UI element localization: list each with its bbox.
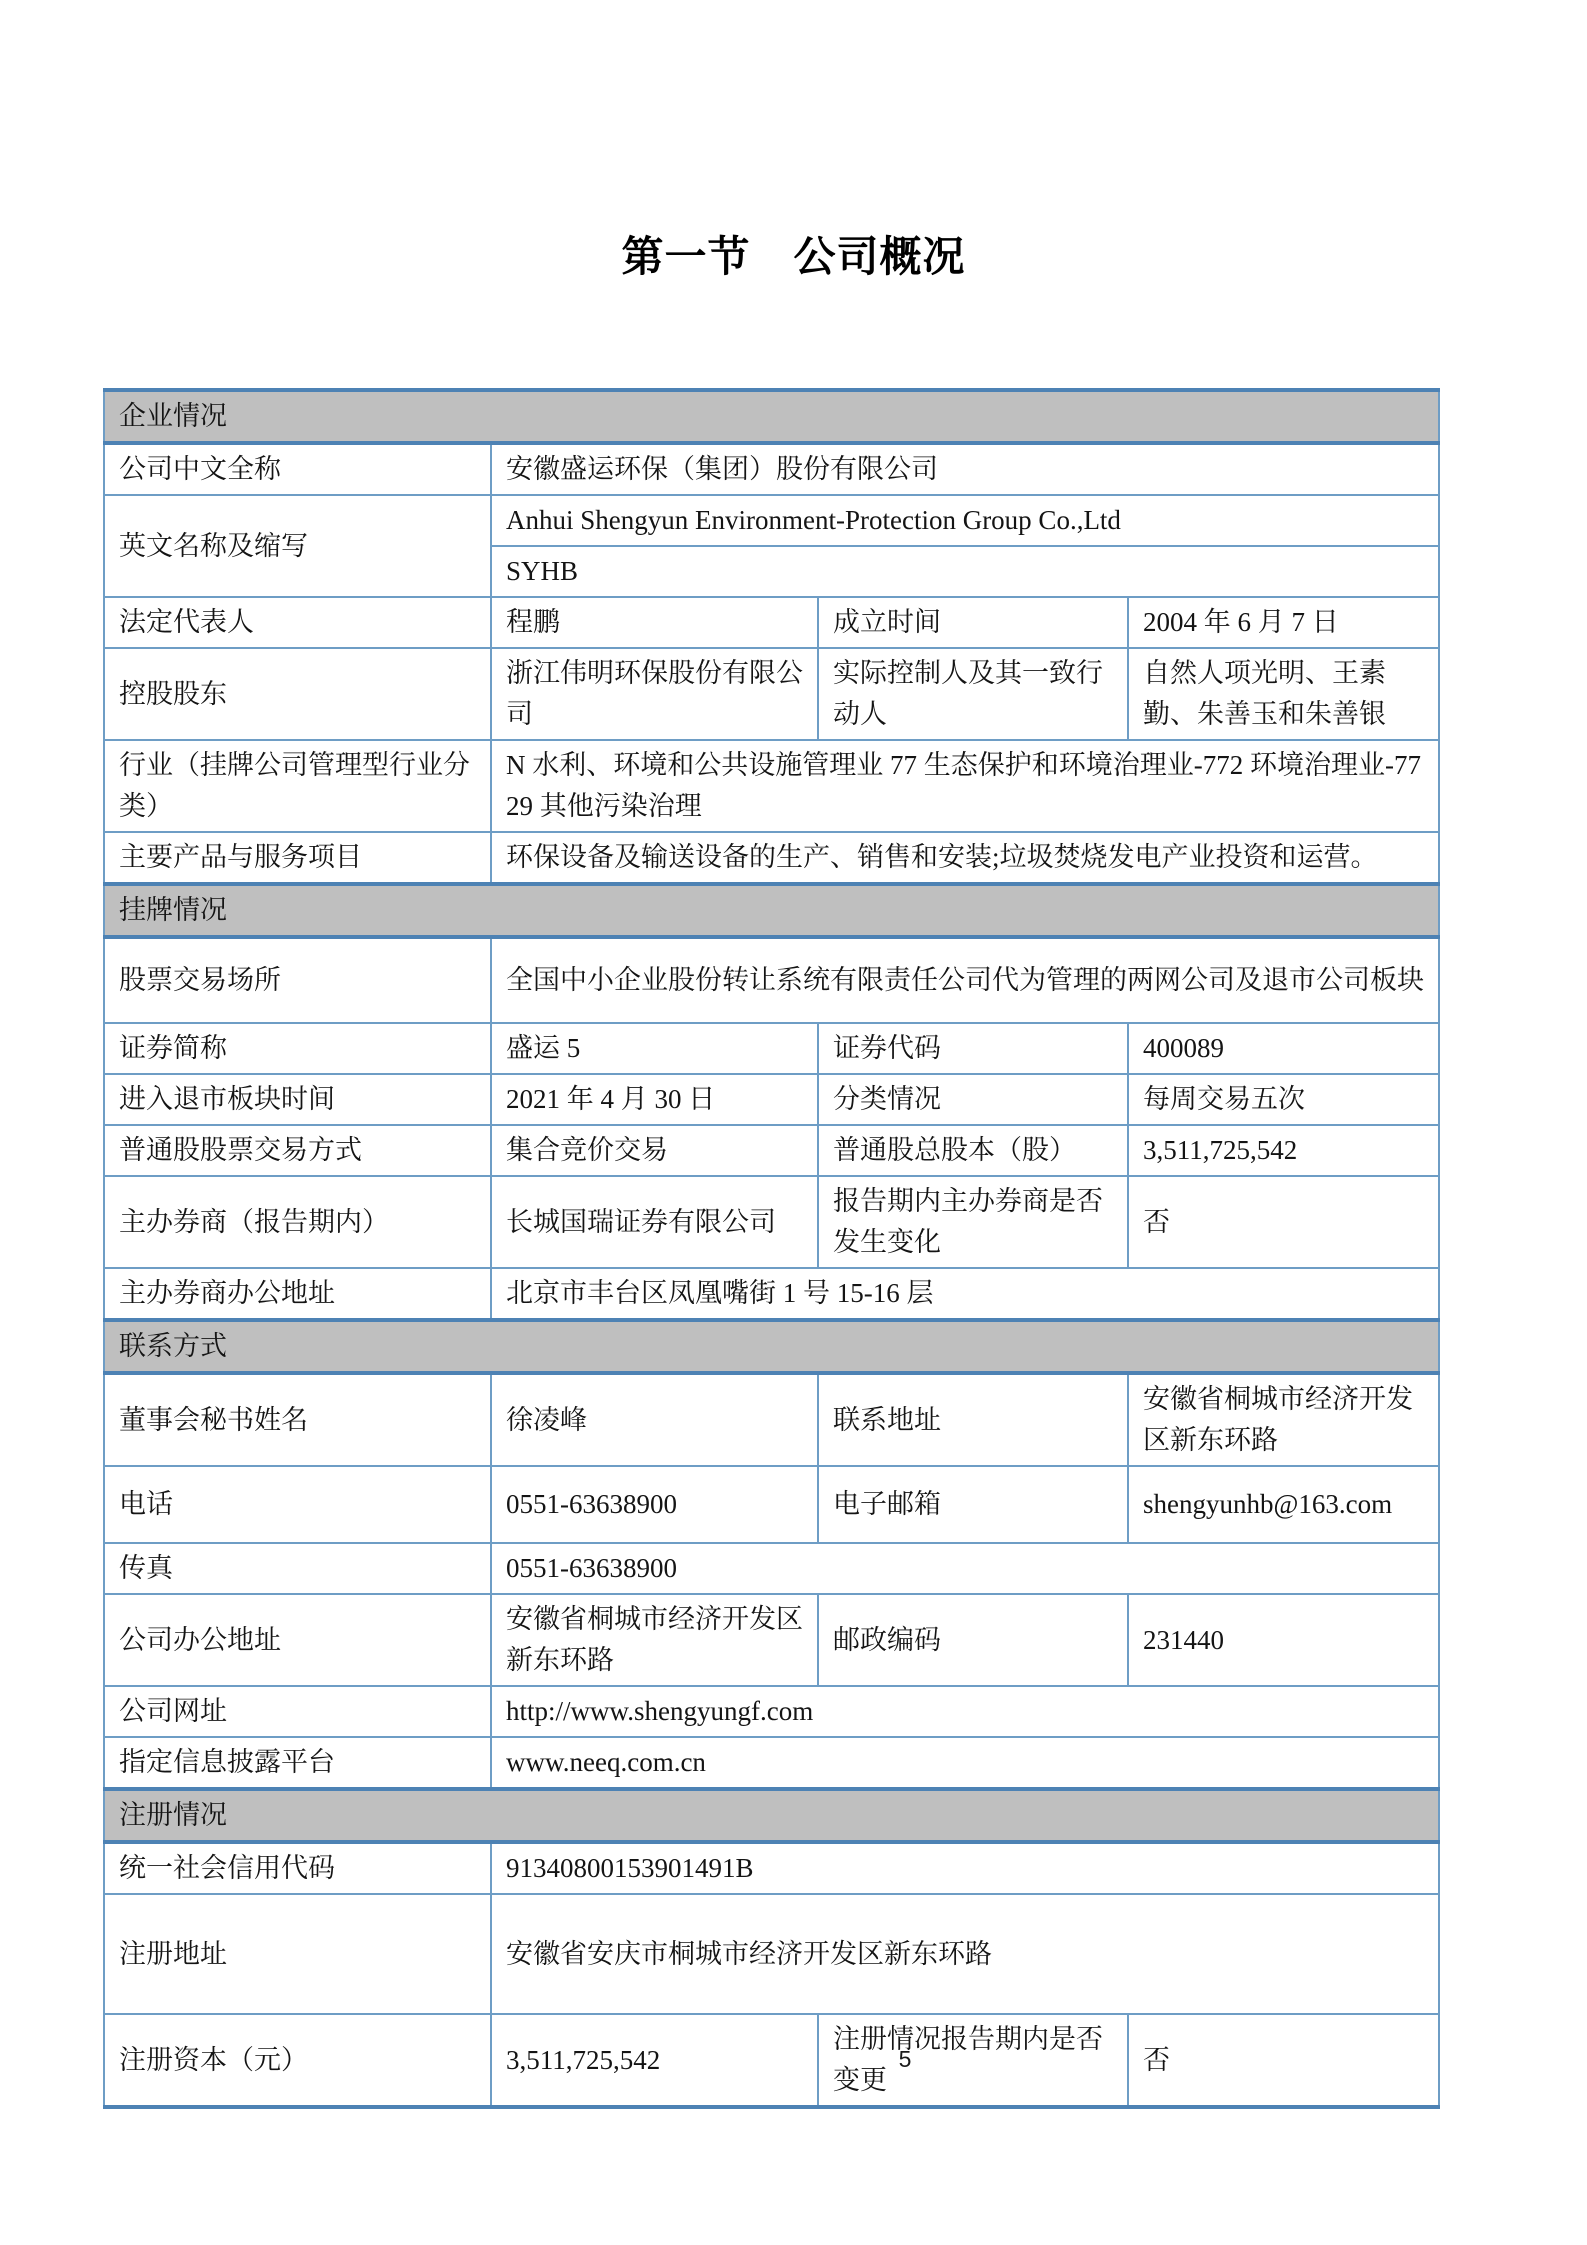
label-cell: 电话 <box>104 1466 491 1543</box>
value-cell: 全国中小企业股份转让系统有限责任公司代为管理的两网公司及退市公司板块 <box>491 937 1439 1023</box>
label-cell: 证券代码 <box>818 1023 1128 1074</box>
label-cell: 股票交易场所 <box>104 937 491 1023</box>
value-cell: 浙江伟明环保股份有限公司 <box>491 648 818 740</box>
label-cell: 证券简称 <box>104 1023 491 1074</box>
value-cell: shengyunhb@163.com <box>1128 1466 1439 1543</box>
row-legal-rep: 法定代表人 程鹏 成立时间 2004 年 6 月 7 日 <box>104 597 1439 648</box>
value-cell: 400089 <box>1128 1023 1439 1074</box>
value-cell: 集合竞价交易 <box>491 1125 818 1176</box>
label-cell: 控股股东 <box>104 648 491 740</box>
value-cell: 0551-63638900 <box>491 1466 818 1543</box>
value-cell: www.neeq.com.cn <box>491 1737 1439 1789</box>
label-cell: 普通股总股本（股） <box>818 1125 1128 1176</box>
label-cell: 主办券商（报告期内） <box>104 1176 491 1268</box>
section-header-contact-info: 联系方式 <box>104 1320 1439 1373</box>
row-sponsor-address: 主办券商办公地址 北京市丰台区凤凰嘴街 1 号 15-16 层 <box>104 1268 1439 1320</box>
label-cell: 公司网址 <box>104 1686 491 1737</box>
row-registered-address: 注册地址 安徽省安庆市桐城市经济开发区新东环路 <box>104 1894 1439 2014</box>
value-cell: 231440 <box>1128 1594 1439 1686</box>
value-cell: http://www.shengyungf.com <box>491 1686 1439 1737</box>
row-registered-capital: 注册资本（元） 3,511,725,542 注册情况报告期内是否变更 否 <box>104 2014 1439 2107</box>
label-cell: 邮政编码 <box>818 1594 1128 1686</box>
row-products: 主要产品与服务项目 环保设备及输送设备的生产、销售和安装;垃圾焚烧发电产业投资和… <box>104 832 1439 884</box>
page-title: 第一节 公司概况 <box>0 224 1587 284</box>
value-cell: 程鹏 <box>491 597 818 648</box>
row-disclosure-platform: 指定信息披露平台 www.neeq.com.cn <box>104 1737 1439 1789</box>
value-cell: 长城国瑞证券有限公司 <box>491 1176 818 1268</box>
value-cell: 北京市丰台区凤凰嘴街 1 号 15-16 层 <box>491 1268 1439 1320</box>
row-board-secretary: 董事会秘书姓名 徐凌峰 联系地址 安徽省桐城市经济开发区新东环路 <box>104 1373 1439 1466</box>
row-industry: 行业（挂牌公司管理型行业分类） N 水利、环境和公共设施管理业 77 生态保护和… <box>104 740 1439 832</box>
value-cell: 安徽盛运环保（集团）股份有限公司 <box>491 443 1439 495</box>
label-cell: 行业（挂牌公司管理型行业分类） <box>104 740 491 832</box>
value-cell: 徐凌峰 <box>491 1373 818 1466</box>
label-cell: 联系地址 <box>818 1373 1128 1466</box>
row-controlling-shareholder: 控股股东 浙江伟明环保股份有限公司 实际控制人及其一致行动人 自然人项光明、王素… <box>104 648 1439 740</box>
section-header-listing-info: 挂牌情况 <box>104 884 1439 937</box>
label-cell: 主办券商办公地址 <box>104 1268 491 1320</box>
value-cell: N 水利、环境和公共设施管理业 77 生态保护和环境治理业-772 环境治理业-… <box>491 740 1439 832</box>
value-cell: 安徽省桐城市经济开发区新东环路 <box>491 1594 818 1686</box>
value-cell: 否 <box>1128 1176 1439 1268</box>
label-cell: 普通股股票交易方式 <box>104 1125 491 1176</box>
section-row-company-info: 企业情况 <box>104 390 1439 443</box>
row-delisting-date: 进入退市板块时间 2021 年 4 月 30 日 分类情况 每周交易五次 <box>104 1074 1439 1125</box>
label-cell: 统一社会信用代码 <box>104 1842 491 1894</box>
label-cell: 公司中文全称 <box>104 443 491 495</box>
row-phone-email: 电话 0551-63638900 电子邮箱 shengyunhb@163.com <box>104 1466 1439 1543</box>
value-cell: 环保设备及输送设备的生产、销售和安装;垃圾焚烧发电产业投资和运营。 <box>491 832 1439 884</box>
document-page: 第一节 公司概况 企业情况 公司中文全称 安徽盛运环保（集团）股份有限公司 英文… <box>0 0 1587 2245</box>
row-en-name-full: 英文名称及缩写 Anhui Shengyun Environment-Prote… <box>104 495 1439 546</box>
value-cell: Anhui Shengyun Environment-Protection Gr… <box>491 495 1439 546</box>
section-row-contact-info: 联系方式 <box>104 1320 1439 1373</box>
label-cell: 报告期内主办券商是否发生变化 <box>818 1176 1128 1268</box>
section-header-registration-info: 注册情况 <box>104 1789 1439 1842</box>
label-cell: 英文名称及缩写 <box>104 495 491 597</box>
label-cell: 电子邮箱 <box>818 1466 1128 1543</box>
label-cell: 传真 <box>104 1543 491 1594</box>
label-cell: 法定代表人 <box>104 597 491 648</box>
label-cell: 注册资本（元） <box>104 2014 491 2107</box>
value-cell: 盛运 5 <box>491 1023 818 1074</box>
value-cell: SYHB <box>491 546 1439 597</box>
row-trading-method: 普通股股票交易方式 集合竞价交易 普通股总股本（股） 3,511,725,542 <box>104 1125 1439 1176</box>
row-credit-code: 统一社会信用代码 91340800153901491B <box>104 1842 1439 1894</box>
value-cell: 3,511,725,542 <box>491 2014 818 2107</box>
row-website: 公司网址 http://www.shengyungf.com <box>104 1686 1439 1737</box>
value-cell: 2021 年 4 月 30 日 <box>491 1074 818 1125</box>
row-stock-name-code: 证券简称 盛运 5 证券代码 400089 <box>104 1023 1439 1074</box>
label-cell: 注册地址 <box>104 1894 491 2014</box>
label-cell: 进入退市板块时间 <box>104 1074 491 1125</box>
section-row-registration-info: 注册情况 <box>104 1789 1439 1842</box>
label-cell: 董事会秘书姓名 <box>104 1373 491 1466</box>
page-number: 5 <box>845 2046 965 2073</box>
row-trading-venue: 股票交易场所 全国中小企业股份转让系统有限责任公司代为管理的两网公司及退市公司板… <box>104 937 1439 1023</box>
value-cell: 否 <box>1128 2014 1439 2107</box>
label-cell: 指定信息披露平台 <box>104 1737 491 1789</box>
value-cell: 每周交易五次 <box>1128 1074 1439 1125</box>
value-cell: 安徽省安庆市桐城市经济开发区新东环路 <box>491 1894 1439 2014</box>
section-header-company-info: 企业情况 <box>104 390 1439 443</box>
value-cell: 3,511,725,542 <box>1128 1125 1439 1176</box>
label-cell: 主要产品与服务项目 <box>104 832 491 884</box>
row-fax: 传真 0551-63638900 <box>104 1543 1439 1594</box>
row-sponsor: 主办券商（报告期内） 长城国瑞证券有限公司 报告期内主办券商是否发生变化 否 <box>104 1176 1439 1268</box>
section-row-listing-info: 挂牌情况 <box>104 884 1439 937</box>
row-cn-name: 公司中文全称 安徽盛运环保（集团）股份有限公司 <box>104 443 1439 495</box>
value-cell: 2004 年 6 月 7 日 <box>1128 597 1439 648</box>
label-cell: 分类情况 <box>818 1074 1128 1125</box>
value-cell: 0551-63638900 <box>491 1543 1439 1594</box>
value-cell: 自然人项光明、王素勤、朱善玉和朱善银 <box>1128 648 1439 740</box>
label-cell: 实际控制人及其一致行动人 <box>818 648 1128 740</box>
label-cell: 成立时间 <box>818 597 1128 648</box>
label-cell: 公司办公地址 <box>104 1594 491 1686</box>
value-cell: 91340800153901491B <box>491 1842 1439 1894</box>
row-office-address: 公司办公地址 安徽省桐城市经济开发区新东环路 邮政编码 231440 <box>104 1594 1439 1686</box>
company-overview-table: 企业情况 公司中文全称 安徽盛运环保（集团）股份有限公司 英文名称及缩写 Anh… <box>103 388 1440 2109</box>
value-cell: 安徽省桐城市经济开发区新东环路 <box>1128 1373 1439 1466</box>
